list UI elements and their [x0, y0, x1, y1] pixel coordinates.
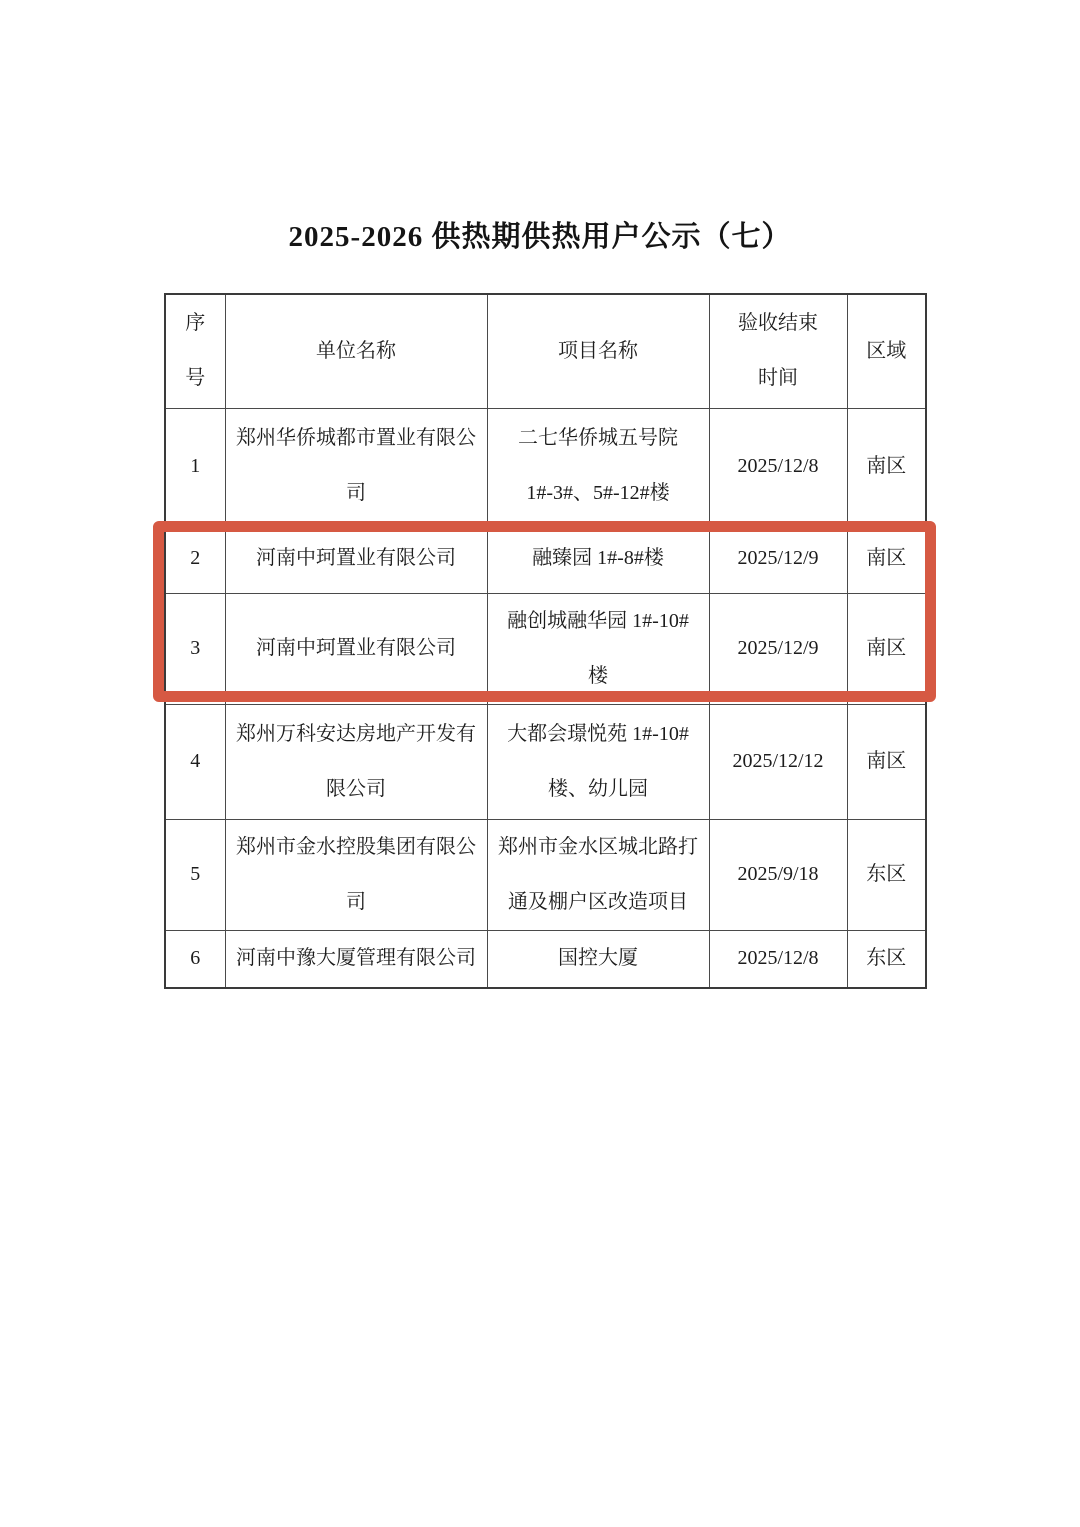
table-row: 5 郑州市金水控股集团有限公 司 郑州市金水区城北路打 通及棚户区改造项目 20… [165, 819, 926, 930]
cell-date: 2025/12/8 [709, 408, 847, 524]
cell-date: 2025/12/9 [709, 593, 847, 704]
cell-project: 大都会璟悦苑 1#-10# 楼、幼儿园 [487, 704, 709, 819]
cell-no: 4 [165, 704, 225, 819]
header-cell-date: 验收结束 时间 [709, 294, 847, 408]
cell-project: 融臻园 1#-8#楼 [487, 524, 709, 593]
page-title: 2025-2026 供热期供热用户公示（七） [0, 214, 1080, 255]
header-cell-project: 项目名称 [487, 294, 709, 408]
notice-page: 2025-2026 供热期供热用户公示（七） 序 号 单位名称 项目名称 验收结… [0, 0, 1080, 1527]
cell-region: 东区 [847, 930, 926, 988]
cell-date: 2025/12/12 [709, 704, 847, 819]
cell-region: 东区 [847, 819, 926, 930]
cell-project: 二七华侨城五号院 1#-3#、5#-12#楼 [487, 408, 709, 524]
table-row-highlighted: 2 河南中珂置业有限公司 融臻园 1#-8#楼 2025/12/9 南区 [165, 524, 926, 593]
cell-region: 南区 [847, 704, 926, 819]
cell-project: 融创城融华园 1#-10# 楼 [487, 593, 709, 704]
cell-region: 南区 [847, 593, 926, 704]
cell-no: 6 [165, 930, 225, 988]
cell-company: 河南中珂置业有限公司 [225, 524, 487, 593]
cell-region: 南区 [847, 408, 926, 524]
header-cell-region: 区域 [847, 294, 926, 408]
cell-company: 河南中珂置业有限公司 [225, 593, 487, 704]
header-cell-no: 序 号 [165, 294, 225, 408]
cell-project: 国控大厦 [487, 930, 709, 988]
cell-company: 河南中豫大厦管理有限公司 [225, 930, 487, 988]
table-row-highlighted: 3 河南中珂置业有限公司 融创城融华园 1#-10# 楼 2025/12/9 南… [165, 593, 926, 704]
table-row: 1 郑州华侨城都市置业有限公 司 二七华侨城五号院 1#-3#、5#-12#楼 … [165, 408, 926, 524]
cell-no: 5 [165, 819, 225, 930]
cell-no: 3 [165, 593, 225, 704]
cell-project: 郑州市金水区城北路打 通及棚户区改造项目 [487, 819, 709, 930]
cell-company: 郑州市金水控股集团有限公 司 [225, 819, 487, 930]
table-header-row: 序 号 单位名称 项目名称 验收结束 时间 区域 [165, 294, 926, 408]
header-cell-company: 单位名称 [225, 294, 487, 408]
cell-company: 郑州华侨城都市置业有限公 司 [225, 408, 487, 524]
table-row: 6 河南中豫大厦管理有限公司 国控大厦 2025/12/8 东区 [165, 930, 926, 988]
table-row: 4 郑州万科安达房地产开发有 限公司 大都会璟悦苑 1#-10# 楼、幼儿园 2… [165, 704, 926, 819]
cell-date: 2025/12/9 [709, 524, 847, 593]
cell-date: 2025/9/18 [709, 819, 847, 930]
cell-no: 1 [165, 408, 225, 524]
cell-date: 2025/12/8 [709, 930, 847, 988]
cell-region: 南区 [847, 524, 926, 593]
cell-no: 2 [165, 524, 225, 593]
heating-users-table: 序 号 单位名称 项目名称 验收结束 时间 区域 1 郑州华侨城都市置业有限公 … [164, 293, 927, 989]
cell-company: 郑州万科安达房地产开发有 限公司 [225, 704, 487, 819]
